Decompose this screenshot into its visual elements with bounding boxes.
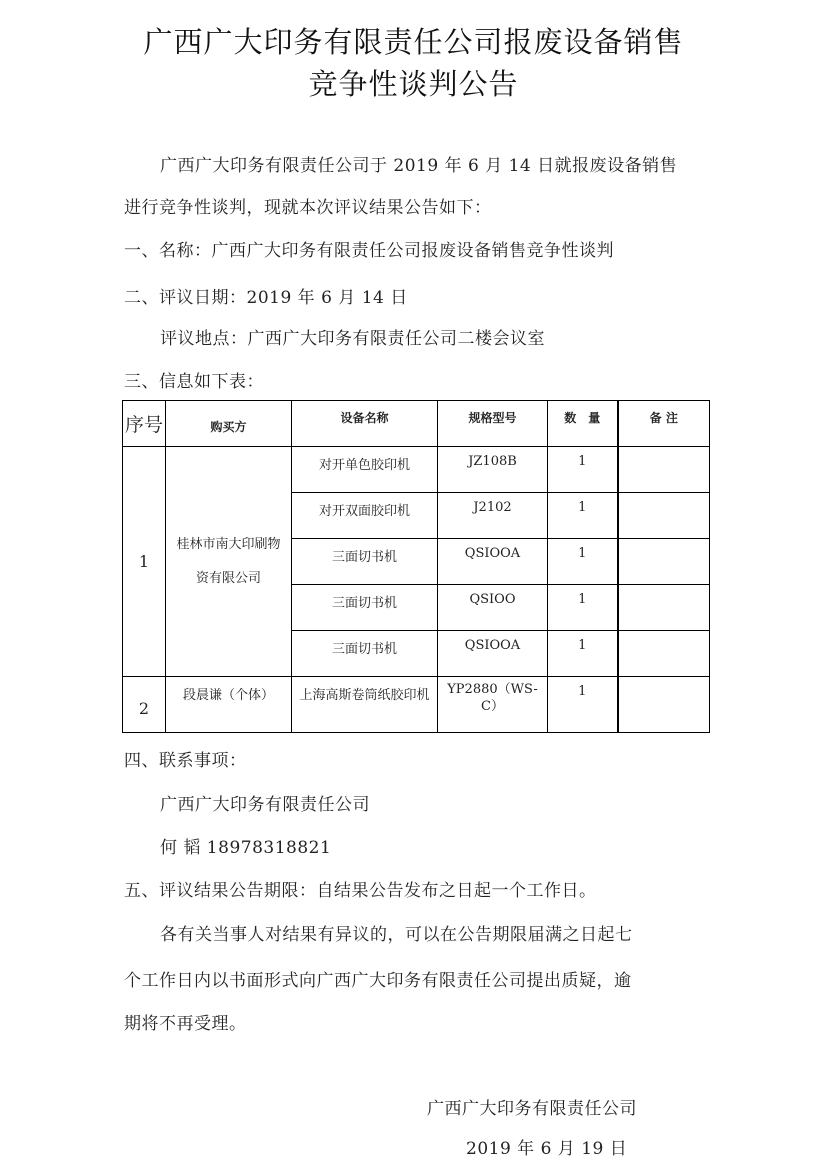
section-name: 一、名称：广西广大印务有限责任公司报废设备销售竞争性谈判: [124, 236, 614, 261]
note-cell: [618, 493, 710, 539]
quantity-cell: 1: [548, 447, 618, 493]
buyer-name-line1: 桂林市南大印刷物: [166, 528, 291, 562]
objection-paragraph-line2: 个工作日内以书面形式向广西广大印务有限责任公司提出质疑，逾: [124, 966, 632, 991]
equipment-name-cell: 对开单色胶印机: [292, 447, 438, 493]
document-title-line2: 竞争性谈判公告: [0, 62, 827, 103]
intro-paragraph-line1: 广西广大印务有限责任公司于 2019 年 6 月 14 日就报废设备销售: [160, 151, 677, 176]
quantity-cell: 1: [548, 585, 618, 631]
header-quantity: 数 量: [548, 401, 618, 447]
table-row: 2 段晨谦（个体） 上海高斯卷筒纸胶印机 YP2880（WS- C） 1: [123, 677, 710, 733]
table-header-row: 序号 购买方 设备名称 规格型号 数 量 备 注: [123, 401, 710, 447]
header-model: 规格型号: [438, 401, 548, 447]
model-cell: QSIOO: [438, 585, 548, 631]
note-cell: [618, 631, 710, 677]
model-cell: J2102: [438, 493, 548, 539]
section-contact: 四、联系事项：: [124, 746, 247, 771]
buyer-cell: 段晨谦（个体）: [166, 677, 292, 733]
section-info-table-heading: 三、信息如下表：: [124, 367, 264, 392]
equipment-name-cell: 三面切书机: [292, 631, 438, 677]
model-cell: QSIOOA: [438, 631, 548, 677]
model-cell: QSIOOA: [438, 539, 548, 585]
intro-paragraph-line2: 进行竞争性谈判，现就本次评议结果公告如下：: [124, 193, 492, 218]
note-cell: [618, 585, 710, 631]
document-title-line1: 广西广大印务有限责任公司报废设备销售: [0, 20, 827, 61]
equipment-name-cell: 三面切书机: [292, 585, 438, 631]
model-cell: JZ108B: [438, 447, 548, 493]
contact-company: 广西广大印务有限责任公司: [160, 790, 370, 815]
quantity-cell: 1: [548, 677, 618, 733]
model-line1: YP2880（WS-: [438, 681, 547, 698]
header-equipment-name: 设备名称: [292, 401, 438, 447]
seq-cell: 2: [123, 677, 166, 733]
contact-person-phone: 何 韬 18978318821: [160, 833, 331, 858]
quantity-cell: 1: [548, 493, 618, 539]
model-line2: C）: [438, 698, 547, 715]
signature-company: 广西广大印务有限责任公司: [427, 1094, 637, 1119]
objection-paragraph-line3: 期将不再受理。: [124, 1009, 247, 1034]
buyer-cell: 桂林市南大印刷物 资有限公司: [166, 447, 292, 677]
seq-cell: 1: [123, 447, 166, 677]
table-row: 1 桂林市南大印刷物 资有限公司 对开单色胶印机 JZ108B 1: [123, 447, 710, 493]
note-cell: [618, 539, 710, 585]
objection-paragraph-line1: 各有关当事人对结果有异议的，可以在公告期限届满之日起七: [160, 920, 633, 945]
equipment-name-cell: 三面切书机: [292, 539, 438, 585]
model-cell: YP2880（WS- C）: [438, 677, 548, 733]
section-announcement-period: 五、评议结果公告期限：自结果公告发布之日起一个工作日。: [124, 876, 597, 901]
header-note: 备 注: [618, 401, 710, 447]
equipment-name-cell: 对开双面胶印机: [292, 493, 438, 539]
header-buyer: 购买方: [166, 401, 292, 447]
note-cell: [618, 447, 710, 493]
equipment-name-cell: 上海高斯卷筒纸胶印机: [292, 677, 438, 733]
buyer-name-line2: 资有限公司: [166, 562, 291, 596]
review-location: 评议地点：广西广大印务有限责任公司二楼会议室: [160, 324, 545, 349]
signature-date: 2019 年 6 月 19 日: [466, 1134, 627, 1159]
quantity-cell: 1: [548, 631, 618, 677]
sales-info-table: 序号 购买方 设备名称 规格型号 数 量 备 注 1 桂林市南大印刷物 资有限公…: [122, 400, 710, 733]
header-seq: 序号: [123, 401, 166, 447]
section-review-date: 二、评议日期：2019 年 6 月 14 日: [124, 283, 408, 308]
quantity-cell: 1: [548, 539, 618, 585]
note-cell: [618, 677, 710, 733]
